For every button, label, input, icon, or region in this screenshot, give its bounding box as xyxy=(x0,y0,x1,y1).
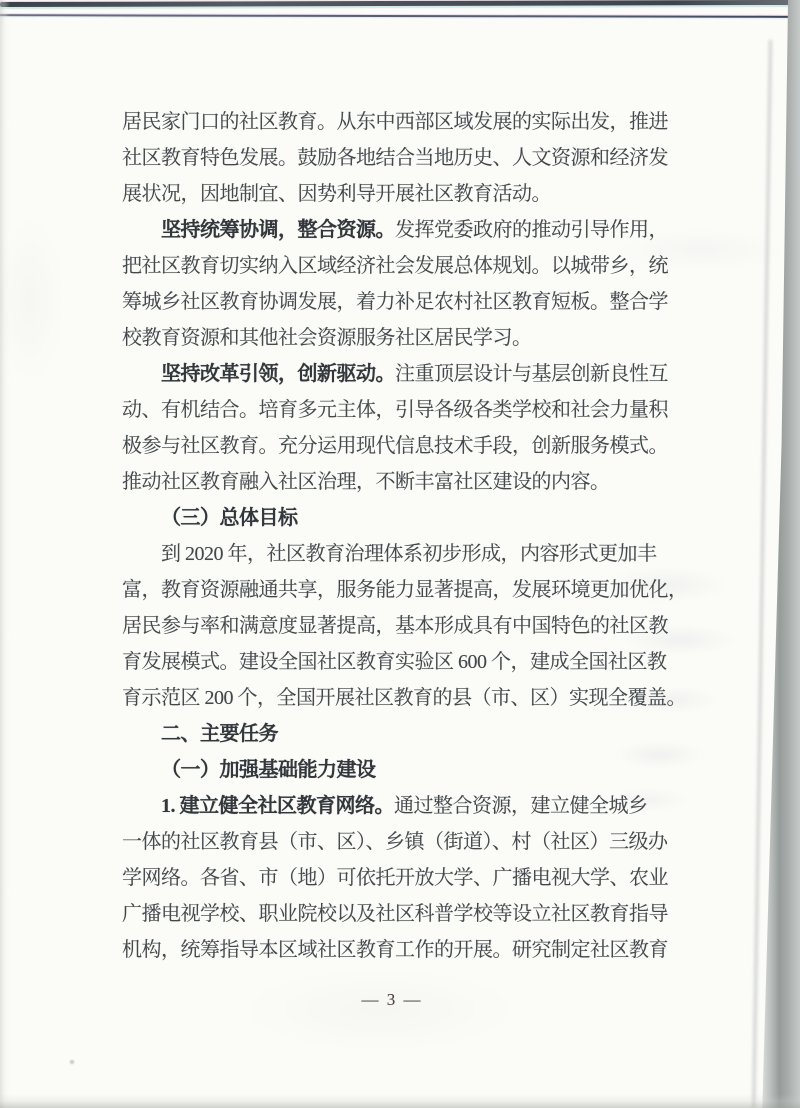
text-line: 机构，统筹指导本区域社区教育工作的开展。研究制定社区教育 xyxy=(122,932,667,968)
scan-edge-bottom-shade xyxy=(0,1094,800,1108)
text-line: 到 2020 年，社区教育治理体系初步形成，内容形式更加丰 xyxy=(122,536,667,572)
text-line: 一体的社区教育县（市、区）、乡镇（街道）、村（社区）三级办 xyxy=(122,824,667,860)
text-line: 坚持统筹协调，整合资源。发挥党委政府的推动引导作用， xyxy=(122,212,667,248)
bold-lead-text: 二、主要任务 xyxy=(161,723,278,745)
text-line: 居民参与率和满意度显著提高，基本形成具有中国特色的社区教 xyxy=(122,608,667,644)
bold-lead-text: 1. 建立健全社区教育网络。 xyxy=(161,795,394,817)
text-line: 学网络。各省、市（地）可依托开放大学、广播电视大学、农业 xyxy=(122,860,667,896)
text-line: 把社区教育切实纳入区域经济社会发展总体规划。以城带乡，统 xyxy=(122,248,667,284)
text-line: 广播电视学校、职业院校以及社区科普学校等设立社区教育指导 xyxy=(122,896,667,932)
text-line: 育示范区 200 个，全国开展社区教育的县（市、区）实现全覆盖。 xyxy=(122,680,667,716)
bold-lead-text: （一）加强基础能力建设 xyxy=(161,759,376,781)
scan-artifact-top-line xyxy=(0,0,792,7)
scanned-document-page: 居民家门口的社区教育。从东中西部区域发展的实际出发，推进社区教育特色发展。鼓励各… xyxy=(0,0,800,1108)
text-line: 社区教育特色发展。鼓励各地结合当地历史、人文资源和经济发 xyxy=(122,140,667,176)
text-line: 校教育资源和其他社会资源服务社区居民学习。 xyxy=(122,320,667,356)
text-line: （三）总体目标 xyxy=(122,500,667,536)
bold-lead-text: （三）总体目标 xyxy=(161,507,298,529)
text-line: 展状况，因地制宜、因势利导开展社区教育活动。 xyxy=(122,176,667,212)
bold-lead-text: 坚持统筹协调，整合资源。 xyxy=(161,219,395,241)
text-line: 富，教育资源融通共享，服务能力显著提高，发展环境更加优化， xyxy=(122,572,667,608)
text-line: 育发展模式。建设全国社区教育实验区 600 个，建成全国社区教 xyxy=(122,644,667,680)
text-line: 居民家门口的社区教育。从东中西部区域发展的实际出发，推进 xyxy=(122,104,667,140)
document-body: 居民家门口的社区教育。从东中西部区域发展的实际出发，推进社区教育特色发展。鼓励各… xyxy=(122,104,667,968)
text-line: 1. 建立健全社区教育网络。通过整合资源，建立健全城乡 xyxy=(122,788,667,824)
bold-lead-text: 坚持改革引领，创新驱动。 xyxy=(161,363,395,385)
text-line: 二、主要任务 xyxy=(122,716,667,752)
text-line: 坚持改革引领，创新驱动。注重顶层设计与基层创新良性互 xyxy=(122,356,667,392)
text-line: 极参与社区教育。充分运用现代信息技术手段，创新服务模式。 xyxy=(122,428,667,464)
text-line: 推动社区教育融入社区治理，不断丰富社区建设的内容。 xyxy=(122,464,667,500)
text-line: 动、有机结合。培育多元主体，引导各级各类学校和社会力量积 xyxy=(122,392,667,428)
page-number: — 3 — xyxy=(122,988,662,1012)
text-line: （一）加强基础能力建设 xyxy=(122,752,667,788)
scan-artifact-second-line xyxy=(0,14,788,18)
scan-edge-left-shade xyxy=(0,0,10,1108)
text-line: 筹城乡社区教育协调发展，着力补足农村社区教育短板。整合学 xyxy=(122,284,667,320)
